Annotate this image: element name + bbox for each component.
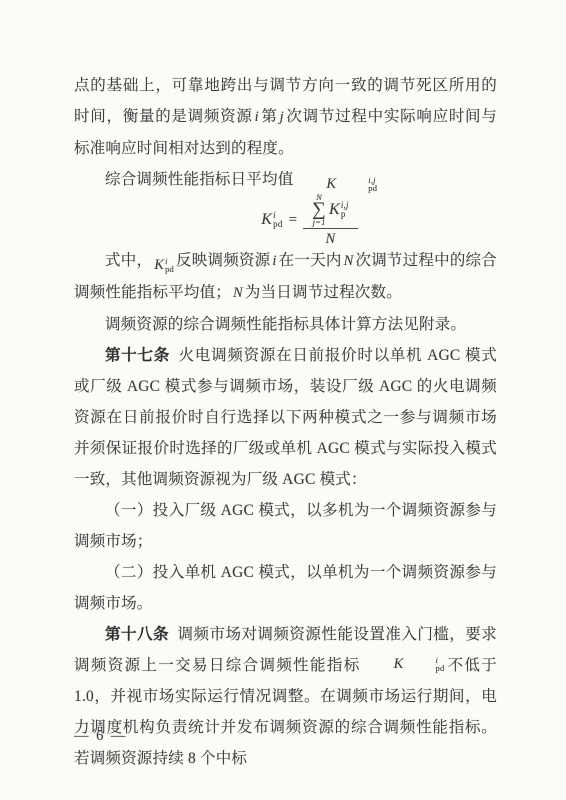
- text-run: 式中，: [105, 252, 152, 269]
- math-base: K: [154, 258, 164, 273]
- text-run: 在一天内: [279, 252, 342, 269]
- math-variable-n: N: [233, 285, 243, 301]
- math-subscript: p: [341, 210, 349, 219]
- fraction: N∑j=1 Ki,jp N: [303, 193, 357, 247]
- math-scripts: i,jp: [341, 201, 349, 219]
- text-run: 为当日调节过程次数。: [245, 284, 402, 301]
- text-run: （一）投入厂级 AGC 模式，以多机为一个调频资源参与调频市场；: [74, 502, 497, 550]
- fraction-numerator: N∑j=1 Ki,jp: [303, 193, 357, 229]
- math-scripts: ipd: [273, 211, 282, 229]
- math-base: K: [261, 212, 272, 228]
- math-k-notation: Ki,jpd: [295, 176, 377, 193]
- math-variable-j: j: [280, 109, 284, 125]
- page-number: — 6 —: [74, 728, 128, 745]
- math-subscript: pd: [405, 664, 445, 673]
- math-base: K: [295, 177, 336, 192]
- math-base: K: [363, 657, 404, 672]
- math-k-notation: Kipd: [154, 257, 174, 274]
- summation-lower-limit: j=1: [313, 218, 326, 227]
- math-variable-i: i: [255, 109, 259, 125]
- math-subscript: pd: [165, 265, 174, 274]
- math-variable-i: i: [272, 253, 276, 269]
- summation-symbol: N∑j=1: [312, 193, 326, 226]
- math-k-notation-numerator: Ki,jp: [329, 201, 349, 219]
- math-scripts: i,jpd: [337, 176, 377, 193]
- math-subscript: pd: [273, 220, 282, 229]
- math-variable-n: N: [344, 253, 354, 269]
- paragraph-item-1: （一）投入厂级 AGC 模式，以多机为一个调频资源参与调频市场；: [74, 495, 497, 557]
- article-18-label: 第十八条: [105, 626, 177, 643]
- paragraph-formula-explanation: 式中，Kipd反映调频资源i在一天内N次调节过程中的综合调频性能指标平均值；N为…: [74, 245, 497, 309]
- paragraph-item-2: （二）投入单机 AGC 模式，以单机为一个调频资源参与调频市场。: [74, 557, 497, 619]
- text-run: 调频资源的综合调频性能指标具体计算方法见附录。: [105, 316, 466, 333]
- text-run: 第: [261, 108, 278, 125]
- display-formula: Kipd = N∑j=1 Ki,jp N: [122, 195, 497, 245]
- paragraph-article-17: 第十七条火电调频资源在日前报价时以单机 AGC 模式或厂级 AGC 模式参与调频…: [74, 340, 497, 495]
- math-scripts: ipd: [405, 656, 445, 673]
- paragraph-continuation: 点的基础上，可靠地跨出与调节方向一致的调节死区所用的时间，衡量的是调频资源i第j…: [74, 70, 497, 164]
- document-body: 点的基础上，可靠地跨出与调节方向一致的调节死区所用的时间，衡量的是调频资源i第j…: [74, 70, 497, 774]
- equals-sign: =: [289, 213, 298, 228]
- math-base: K: [329, 202, 340, 218]
- paragraph-article-18: 第十八条调频市场对调频资源性能设置准入门槛，要求调频资源上一交易日综合调频性能指…: [74, 619, 497, 774]
- article-17-label: 第十七条: [105, 347, 179, 364]
- text-run: 火电调频资源在日前报价时以单机 AGC 模式或厂级 AGC 模式参与调频市场，装…: [74, 347, 497, 488]
- math-k-notation-lhs: Kipd: [261, 211, 282, 229]
- math-scripts: ipd: [165, 257, 174, 274]
- math-subscript: pd: [337, 184, 377, 193]
- text-run: 反映调频资源: [176, 252, 270, 269]
- math-k-notation: Kipd: [363, 656, 445, 673]
- scanned-document-page: 点的基础上，可靠地跨出与调节方向一致的调节死区所用的时间，衡量的是调频资源i第j…: [0, 0, 566, 800]
- paragraph-appendix-note: 调频资源的综合调频性能指标具体计算方法见附录。: [74, 309, 497, 340]
- text-run: 综合调频性能指标日平均值: [105, 171, 293, 188]
- text-run: （二）投入单机 AGC 模式，以单机为一个调频资源参与调频市场。: [74, 564, 497, 612]
- sigma-icon: ∑: [312, 202, 326, 218]
- paragraph-daily-average: 综合调频性能指标日平均值Ki,jpd: [74, 164, 497, 195]
